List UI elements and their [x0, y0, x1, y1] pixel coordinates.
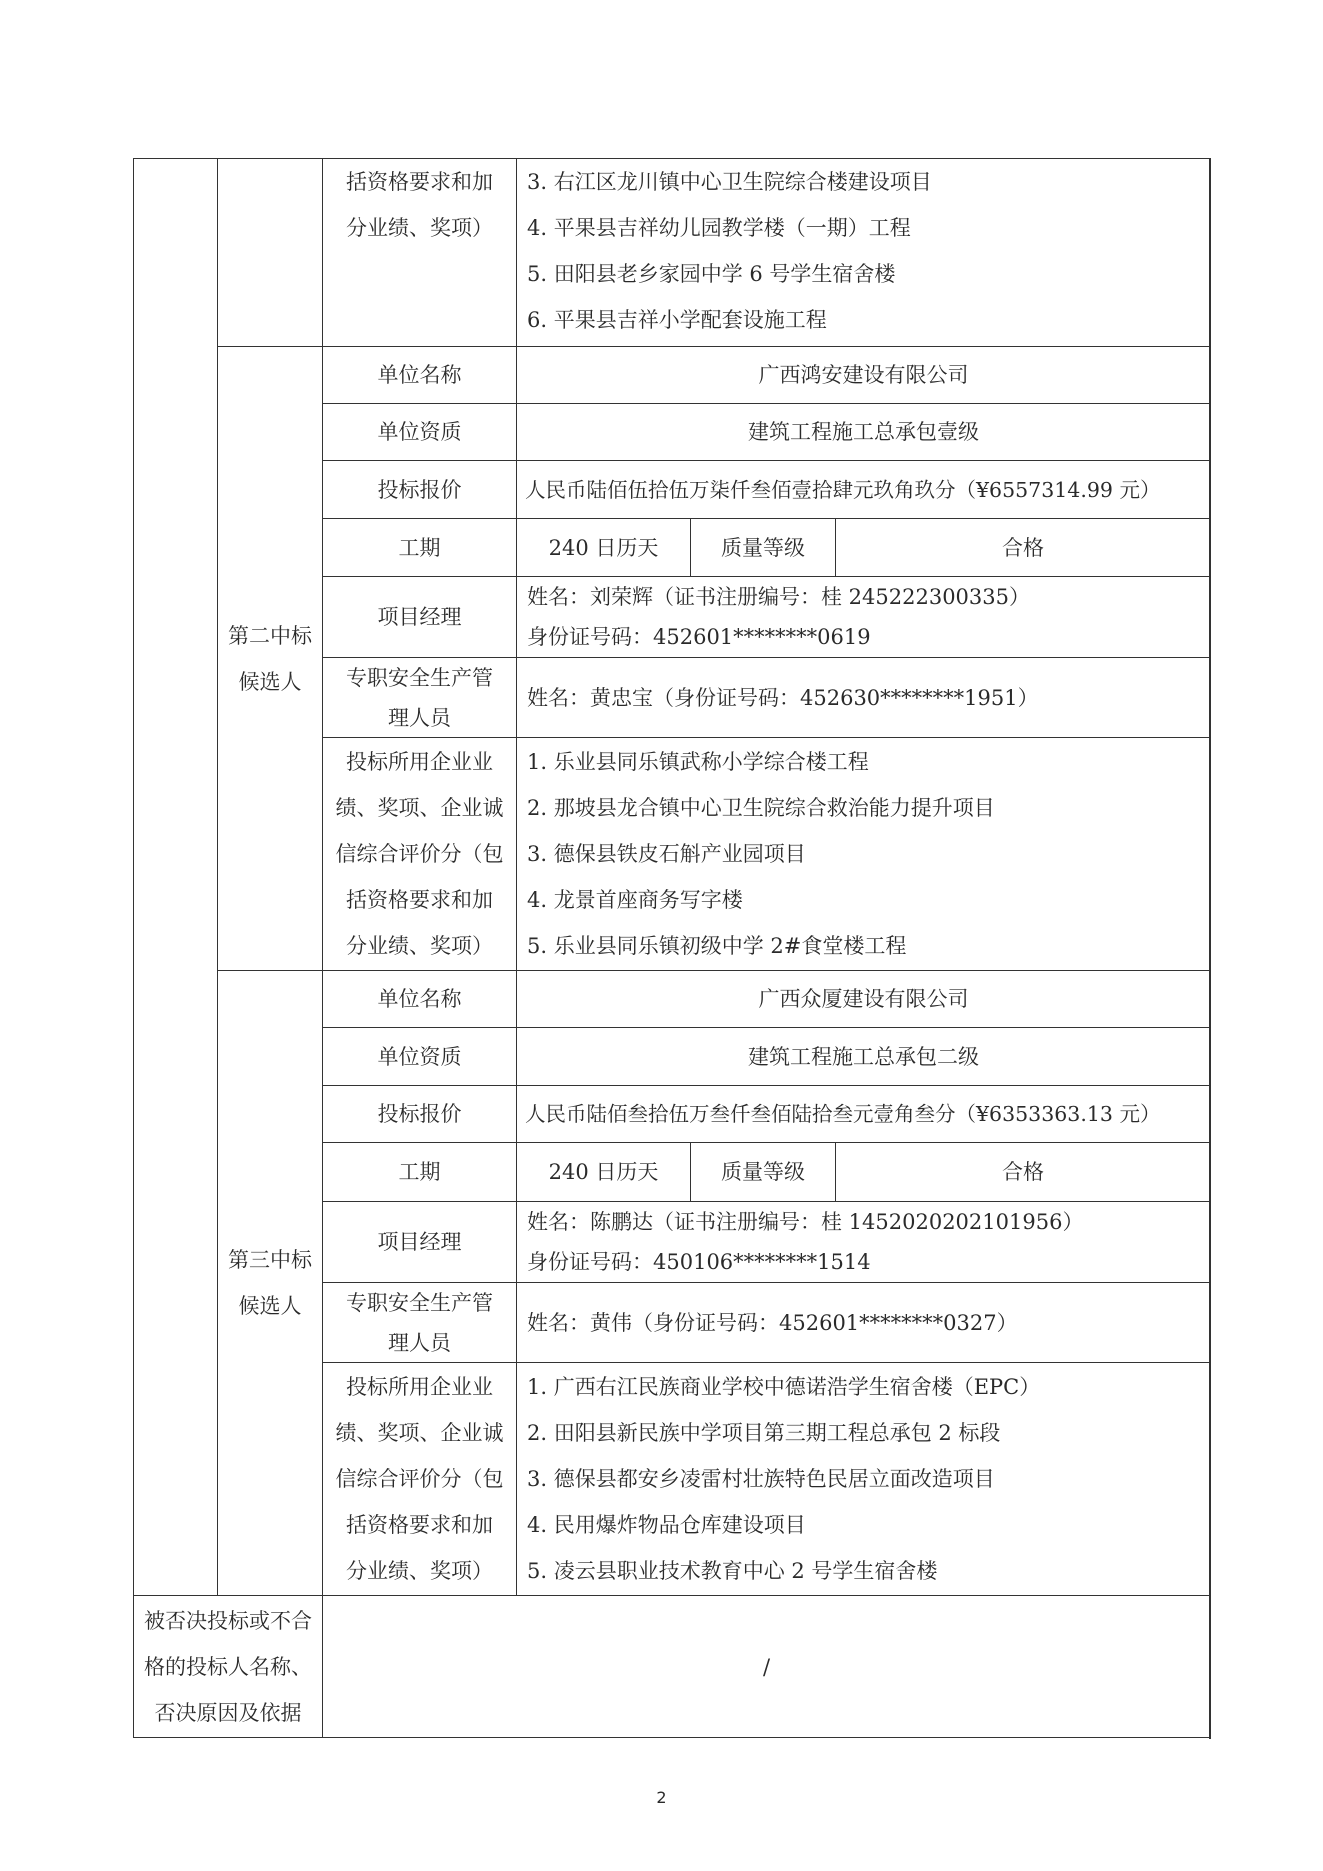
list-item: 5. 凌云县职业技术教育中心 2 号学生宿舍楼 — [527, 1548, 937, 1594]
candidate-2-duration-label: 工期 — [322, 518, 516, 576]
list-item: 1. 广西右江民族商业学校中德诺浩学生宿舍楼（EPC） — [527, 1364, 1040, 1410]
candidate-3-safety-officer: 姓名：黄伟（身份证号码：452601********0327） — [516, 1282, 1210, 1362]
candidate-3-performance: 1. 广西右江民族商业学校中德诺浩学生宿舍楼（EPC） 2. 田阳县新民族中学项… — [516, 1362, 1210, 1595]
list-item: 4. 平果县吉祥幼儿园教学楼（一期）工程 — [527, 205, 911, 251]
list-item: 2. 田阳县新民族中学项目第三期工程总承包 2 标段 — [527, 1410, 1000, 1456]
candidate-2-quality-label: 质量等级 — [690, 518, 835, 576]
list-item: 4. 民用爆炸物品仓库建设项目 — [527, 1502, 806, 1548]
candidate-3-pm-label: 项目经理 — [322, 1201, 516, 1282]
candidate-2-performance-label: 投标所用企业业 绩、奖项、企业诚 信综合评价分（包 括资格要求和加 分业绩、奖项… — [322, 737, 516, 970]
candidate-3-company-label: 单位名称 — [322, 970, 516, 1027]
list-item: 6. 平果县吉祥小学配套设施工程 — [527, 297, 827, 343]
candidate-2-qualification: 建筑工程施工总承包壹级 — [516, 403, 1210, 460]
candidate-2-safety-officer: 姓名：黄忠宝（身份证号码：452630********1951） — [516, 657, 1210, 737]
candidate-3-bid-price-label: 投标报价 — [322, 1085, 516, 1142]
col2-blank-top — [217, 158, 322, 346]
continuation-items: 3. 右江区龙川镇中心卫生院综合楼建设项目 4. 平果县吉祥幼儿园教学楼（一期）… — [516, 158, 1210, 346]
candidate-3-qualification-label: 单位资质 — [322, 1027, 516, 1085]
col1-blank-top — [133, 158, 217, 1595]
candidate-2-rank: 第二中标 候选人 — [217, 346, 322, 970]
page-number: 2 — [0, 1788, 1323, 1807]
candidate-2-safety-label: 专职安全生产管 理人员 — [322, 657, 516, 737]
candidate-2-pm: 姓名：刘荣辉（证书注册编号：桂 245222300335） 身份证号码：4526… — [516, 576, 1210, 657]
candidate-3-duration-label: 工期 — [322, 1142, 516, 1201]
list-item: 3. 德保县铁皮石斛产业园项目 — [527, 831, 806, 877]
list-item: 5. 田阳县老乡家园中学 6 号学生宿舍楼 — [527, 251, 895, 297]
list-item: 5. 乐业县同乐镇初级中学 2#食堂楼工程 — [527, 923, 906, 969]
candidate-2-bid-price: 人民币陆佰伍拾伍万柒仟叁佰壹拾肆元玖角玖分（¥6557314.99 元） — [516, 460, 1210, 518]
candidate-3-qualification: 建筑工程施工总承包二级 — [516, 1027, 1210, 1085]
candidate-2-performance: 1. 乐业县同乐镇武称小学综合楼工程 2. 那坡县龙合镇中心卫生院综合救治能力提… — [516, 737, 1210, 970]
candidate-3-performance-label: 投标所用企业业 绩、奖项、企业诚 信综合评价分（包 括资格要求和加 分业绩、奖项… — [322, 1362, 516, 1595]
list-item: 3. 德保县都安乡凌雷村壮族特色民居立面改造项目 — [527, 1456, 995, 1502]
candidate-2-quality: 合格 — [835, 518, 1210, 576]
list-item: 2. 那坡县龙合镇中心卫生院综合救治能力提升项目 — [527, 785, 995, 831]
candidate-3-quality-label: 质量等级 — [690, 1142, 835, 1201]
candidate-3-bid-price: 人民币陆佰叁拾伍万叁仟叁佰陆拾叁元壹角叁分（¥6353363.13 元） — [516, 1085, 1210, 1142]
candidate-3-pm: 姓名：陈鹏达（证书注册编号：桂 1452020202101956） 身份证号码：… — [516, 1201, 1210, 1282]
list-item: 1. 乐业县同乐镇武称小学综合楼工程 — [527, 739, 869, 785]
rejected-value: / — [322, 1595, 1210, 1738]
candidate-2-pm-label: 项目经理 — [322, 576, 516, 657]
candidate-3-rank: 第三中标 候选人 — [217, 970, 322, 1595]
list-item: 4. 龙景首座商务写字楼 — [527, 877, 743, 923]
candidate-2-company-label: 单位名称 — [322, 346, 516, 403]
candidate-3-quality: 合格 — [835, 1142, 1210, 1201]
candidate-3-company-name: 广西众厦建设有限公司 — [516, 970, 1210, 1027]
candidate-3-safety-label: 专职安全生产管 理人员 — [322, 1282, 516, 1362]
candidate-2-company-name: 广西鸿安建设有限公司 — [516, 346, 1210, 403]
candidate-2-qualification-label: 单位资质 — [322, 403, 516, 460]
rejected-label: 被否决投标或不合 格的投标人名称、 否决原因及依据 — [133, 1595, 322, 1738]
document-page: 括资格要求和加 分业绩、奖项） 3. 右江区龙川镇中心卫生院综合楼建设项目 4.… — [0, 0, 1323, 1871]
table-right-border — [1209, 158, 1211, 1739]
candidate-2-bid-price-label: 投标报价 — [322, 460, 516, 518]
candidate-3-duration: 240 日历天 — [516, 1142, 690, 1201]
continuation-label: 括资格要求和加 分业绩、奖项） — [322, 158, 516, 346]
candidate-2-duration: 240 日历天 — [516, 518, 690, 576]
list-item: 3. 右江区龙川镇中心卫生院综合楼建设项目 — [527, 159, 932, 205]
